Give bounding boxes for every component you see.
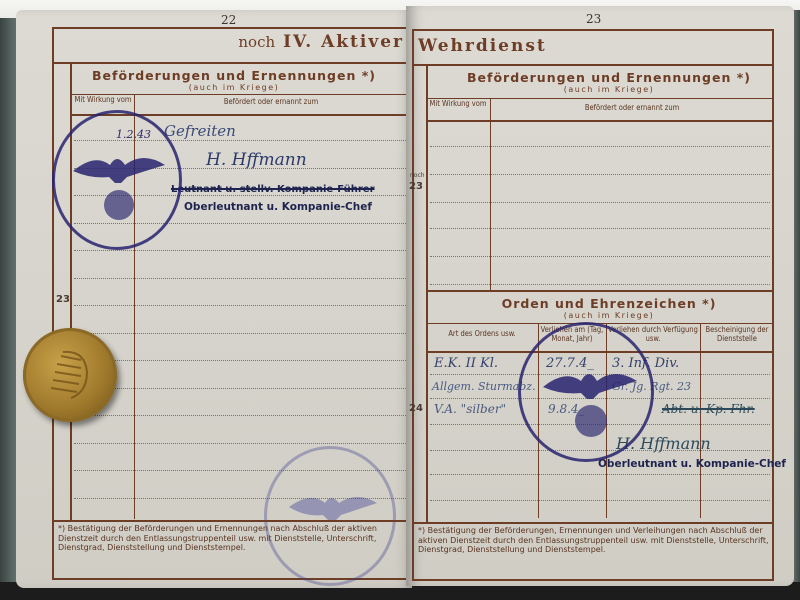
- section-subtitle: (auch im Kriege): [406, 311, 794, 320]
- section-subtitle: (auch im Kriege): [36, 83, 412, 92]
- column-header-confirmation: Bescheinigung der Dienststelle: [702, 325, 772, 343]
- year-marker: 23: [56, 294, 70, 305]
- faded-unit-stamp: [264, 446, 396, 586]
- year-marker: 23: [409, 181, 423, 192]
- coin-relief-icon: [23, 328, 117, 422]
- column-header-rank: Befördert oder ernannt zum: [136, 97, 406, 106]
- header-title: Wehrdienst: [418, 36, 547, 56]
- column-header-date: Mit Wirkung vom: [72, 95, 134, 104]
- signatory-title: Oberleutnant u. Kompanie-Chef: [184, 201, 372, 213]
- unit-stamp: [52, 110, 182, 250]
- signatory-title: Oberleutnant u. Kompanie-Chef: [598, 458, 786, 470]
- section-subtitle: (auch im Kriege): [406, 85, 794, 94]
- signature: H. Hffmann: [206, 150, 307, 170]
- page-number: 22: [221, 13, 236, 27]
- header-title: noch IV. Aktiver: [238, 32, 404, 52]
- right-page: 23 Wehrdienst Beförderungen und Ernennun…: [406, 6, 794, 586]
- eagle-emblem-icon: [521, 325, 651, 459]
- eagle-emblem-icon: [267, 449, 393, 583]
- award-name: V.A. "silber": [434, 402, 506, 416]
- column-header-date: Mit Wirkung vom: [428, 99, 488, 108]
- coin: [23, 328, 117, 422]
- column-header-rank: Befördert oder ernannt zum: [492, 103, 772, 112]
- section-title: Orden und Ehrenzeichen *): [406, 296, 794, 311]
- page-number: 23: [586, 12, 601, 26]
- award-name: E.K. II Kl.: [434, 356, 498, 371]
- left-page: 22 noch IV. Aktiver Beförderungen und Er…: [16, 10, 412, 588]
- struck-title: Leutnant u. stellv. Kompanie-Führer: [171, 184, 375, 195]
- section-title: Beförderungen und Ernennungen *): [406, 70, 794, 85]
- margin-note: noch: [410, 172, 425, 179]
- year-marker: 24: [409, 403, 423, 414]
- eagle-emblem-icon: [55, 113, 179, 247]
- award-confirmation: Abt. u. Kp. Fhr.: [662, 402, 755, 416]
- unit-stamp: [518, 322, 654, 462]
- footnote: *) Bestätigung der Beförderungen und Ern…: [58, 524, 406, 553]
- column-header-award: Art des Ordens usw.: [428, 329, 536, 338]
- footnote: *) Bestätigung der Beförderungen, Ernenn…: [418, 526, 770, 555]
- section-title: Beförderungen und Ernennungen *): [36, 68, 412, 83]
